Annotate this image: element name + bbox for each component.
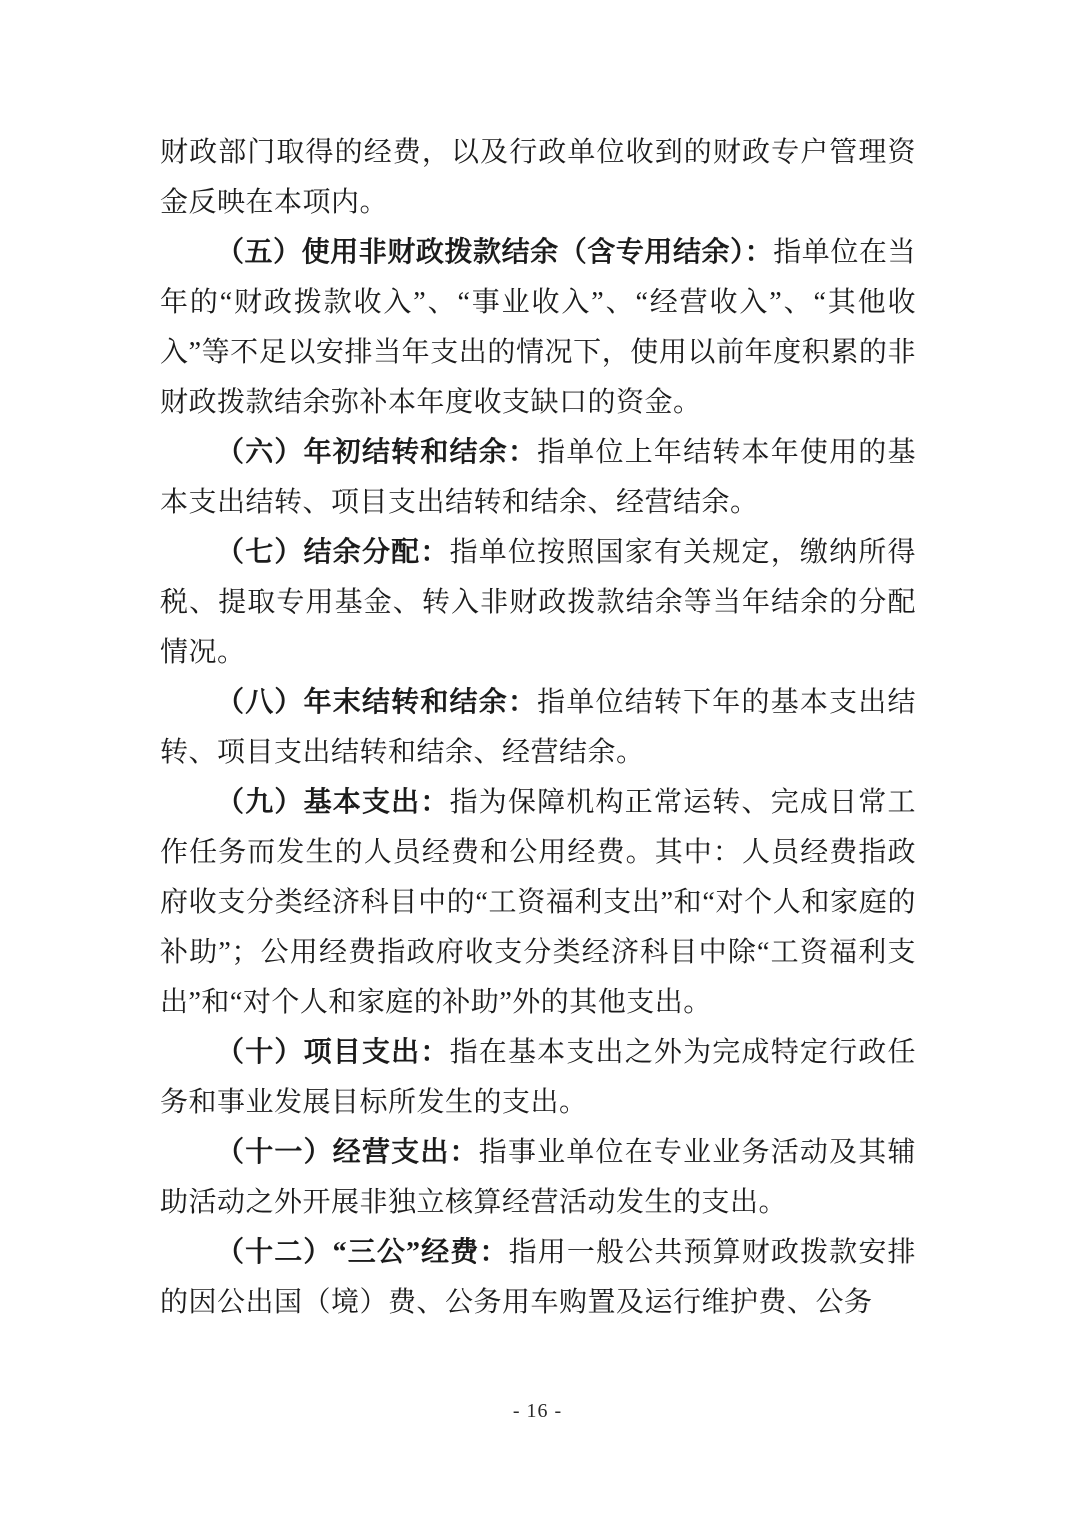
paragraph-heading: （七）结余分配： bbox=[216, 537, 450, 568]
paragraph-heading: （九）基本支出： bbox=[216, 787, 450, 818]
paragraph-item-7: （七）结余分配：指单位按照国家有关规定，缴纳所得税、提取专用基金、转入非财政拨款… bbox=[160, 528, 916, 678]
paragraph-item-11: （十一）经营支出：指事业单位在专业业务活动及其辅助活动之外开展非独立核算经营活动… bbox=[160, 1128, 916, 1228]
page-footer: - 16 - bbox=[0, 1398, 1075, 1424]
paragraph-item-9: （九）基本支出：指为保障机构正常运转、完成日常工作任务而发生的人员经费和公用经费… bbox=[160, 778, 916, 1028]
document-body: 财政部门取得的经费，以及行政单位收到的财政专户管理资金反映在本项内。 （五）使用… bbox=[160, 128, 916, 1328]
paragraph-item-8: （八）年末结转和结余：指单位结转下年的基本支出结转、项目支出结转和结余、经营结余… bbox=[160, 678, 916, 778]
paragraph-item-10: （十）项目支出：指在基本支出之外为完成特定行政任务和事业发展目标所发生的支出。 bbox=[160, 1028, 916, 1128]
paragraph-heading: （十）项目支出： bbox=[216, 1037, 450, 1068]
paragraph-item-6: （六）年初结转和结余：指单位上年结转本年使用的基本支出结转、项目支出结转和结余、… bbox=[160, 428, 916, 528]
paragraph-heading: （五）使用非财政拨款结余（含专用结余）： bbox=[216, 237, 773, 268]
paragraph-text: 指为保障机构正常运转、完成日常工作任务而发生的人员经费和公用经费。其中：人员经费… bbox=[160, 787, 916, 1018]
paragraph-heading: （六）年初结转和结余： bbox=[216, 437, 537, 468]
page-number: - 16 - bbox=[513, 1400, 562, 1422]
paragraph-heading: （十二）“三公”经费： bbox=[216, 1237, 509, 1268]
paragraph-text: 财政部门取得的经费，以及行政单位收到的财政专户管理资金反映在本项内。 bbox=[160, 137, 916, 218]
paragraph-item-12: （十二）“三公”经费：指用一般公共预算财政拨款安排的因公出国（境）费、公务用车购… bbox=[160, 1228, 916, 1328]
paragraph-heading: （八）年末结转和结余： bbox=[216, 687, 537, 718]
paragraph-heading: （十一）经营支出： bbox=[216, 1137, 479, 1168]
document-page: 财政部门取得的经费，以及行政单位收到的财政专户管理资金反映在本项内。 （五）使用… bbox=[0, 0, 1075, 1520]
paragraph-continuation: 财政部门取得的经费，以及行政单位收到的财政专户管理资金反映在本项内。 bbox=[160, 128, 916, 228]
paragraph-item-5: （五）使用非财政拨款结余（含专用结余）：指单位在当年的“财政拨款收入”、“事业收… bbox=[160, 228, 916, 428]
